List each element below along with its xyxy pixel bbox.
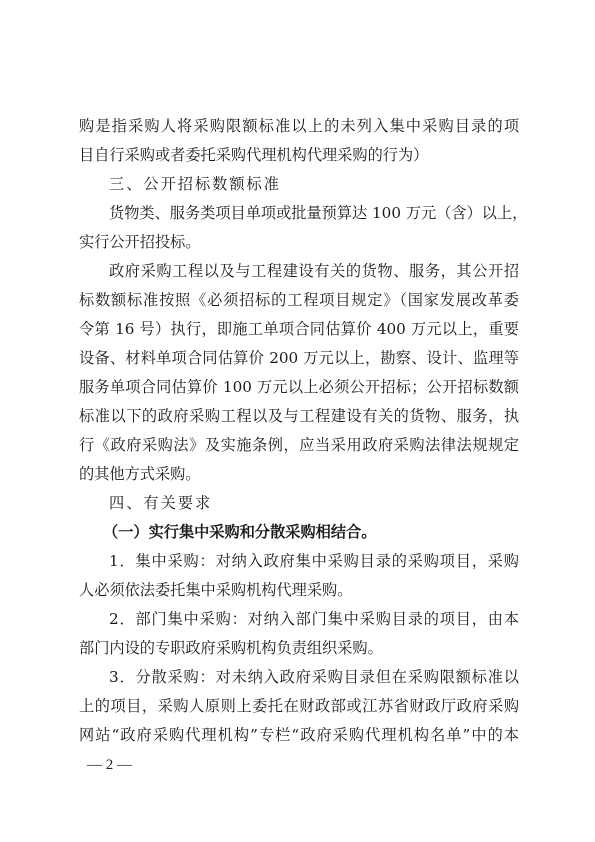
body-text-line: 部门内设的专职政府采购机构负责组织采购。 (79, 637, 519, 659)
document-page: 购是指采购人将采购限额标准以上的未列入集中采购目录的项 目自行采购或者委托采购代… (0, 0, 595, 842)
body-text-line: 政府采购工程以及与工程建设有关的货物、服务，其公开招 (109, 260, 519, 282)
body-text-line: 1．集中采购：对纳入政府集中采购目录的采购项目，采购 (109, 550, 519, 572)
body-text-line: 标数额标准按照《必须招标的工程项目规定》（国家发展改革委 (79, 289, 519, 311)
body-text-line: 目自行采购或者委托采购代理机构代理采购的行为） (79, 144, 519, 166)
body-text-line: 上的项目，采购人原则上委托在财政部或江苏省财政厅政府采购 (79, 695, 519, 717)
body-text-line: 货物类、服务类项目单项或批量预算达 100 万元（含）以上， (109, 202, 519, 224)
body-text-line: 设备、材料单项合同估算价 200 万元以上，勘察、设计、监理等 (79, 347, 519, 369)
section-heading-3: 三、公开招标数额标准 (109, 173, 519, 195)
body-text-line: 令第 16 号）执行，即施工单项合同估算价 400 万元以上，重要 (79, 318, 519, 340)
body-text-line: 购是指采购人将采购限额标准以上的未列入集中采购目录的项 (79, 115, 519, 137)
body-text-line: 服务单项合同估算价 100 万元以上必须公开招标；公开招标数额 (79, 376, 519, 398)
page-number: — 2 — (87, 757, 132, 774)
body-text-line: 2．部门集中采购：对纳入部门集中采购目录的项目，由本 (109, 608, 519, 630)
body-text-line: 标准以下的政府采购工程以及与工程建设有关的货物、服务，执 (79, 405, 519, 427)
body-text-line: 网站“政府采购代理机构”专栏“政府采购代理机构名单”中的本 (79, 724, 519, 746)
body-text-line: 行《政府采购法》及实施条例，应当采用政府采购法律法规规定 (79, 434, 519, 456)
subsection-heading-1: （一）实行集中采购和分散采购相结合。 (103, 521, 513, 543)
body-text-line: 的其他方式采购。 (79, 463, 519, 485)
section-heading-4: 四、有关要求 (109, 492, 519, 514)
body-text-line: 实行公开招投标。 (79, 231, 519, 253)
body-text-line: 人必须依法委托集中采购机构代理采购。 (79, 579, 519, 601)
body-text-line: 3．分散采购：对未纳入政府采购目录但在采购限额标准以 (109, 666, 519, 688)
